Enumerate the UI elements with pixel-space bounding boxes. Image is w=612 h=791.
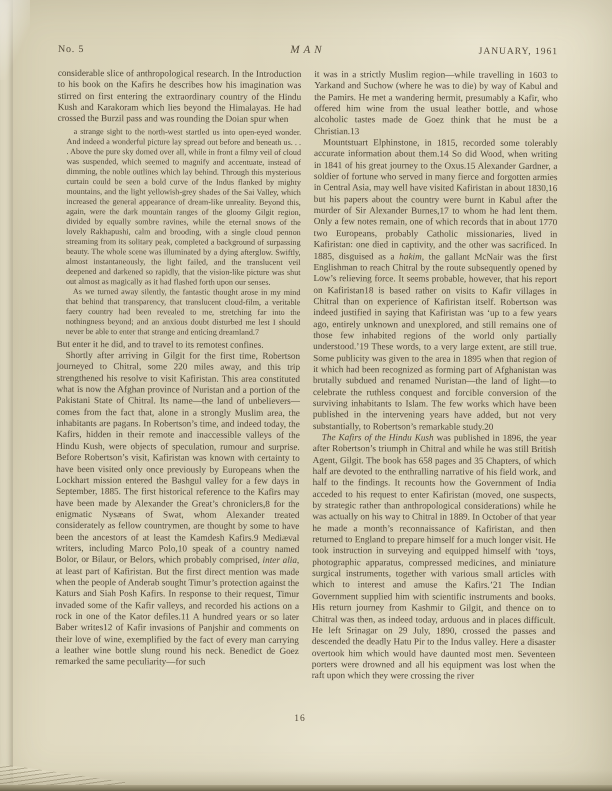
underlying-page-edge [0,0,13,791]
bottom-shadow [0,770,612,786]
page-bottom-edge [0,785,612,791]
page-content: No. 5 MAN JANUARY, 1961 considerable sli… [55,43,558,683]
running-header: No. 5 MAN JANUARY, 1961 [58,43,558,57]
latin-phrase: inter alia, [263,555,300,565]
paragraph-text: Shortly after arriving in Gilgit for the… [56,350,300,565]
paragraph-text: at least part of Kafiristan. But the fir… [55,565,299,666]
paragraph-text: Mountstuart Elphinstone, in 1815, record… [314,137,558,261]
issue-number: No. 5 [58,44,225,56]
page-number: 16 [50,714,550,724]
book-title: The Kafirs of the Hindu Kush [322,432,434,442]
quote-paragraph: As we turned away silently, the fantasti… [66,287,301,338]
scanned-journal-page: No. 5 MAN JANUARY, 1961 considerable sli… [0,0,612,791]
foreign-word: hakim [399,251,421,261]
block-quote: a strange sight to the north-west startl… [66,127,301,338]
journal-title: MAN [225,44,392,57]
quote-paragraph: a strange sight to the north-west startl… [66,127,301,288]
paragraph-text: , the gallant McNair was the first Engli… [313,251,557,431]
right-column: it was in a strictly Muslim region—while… [312,69,558,683]
paragraph-continuation: it was in a strictly Muslim region—while… [314,69,558,138]
paragraph-text: was published in 1896, the year after Ro… [312,433,557,681]
issue-date: JANUARY, 1961 [391,46,558,57]
two-column-text: considerable slice of anthropological re… [55,68,558,683]
body-paragraph: The Kafirs of the Hindu Kush was publish… [312,432,557,683]
body-paragraph: Mountstuart Elphinstone, in 1815, record… [313,137,558,433]
paragraph-continuation: considerable slice of anthropological re… [58,68,302,126]
left-column: considerable slice of anthropological re… [55,68,301,682]
page-corner-highlight [0,0,30,80]
body-paragraph: Shortly after arriving in Gilgit for the… [55,350,300,669]
